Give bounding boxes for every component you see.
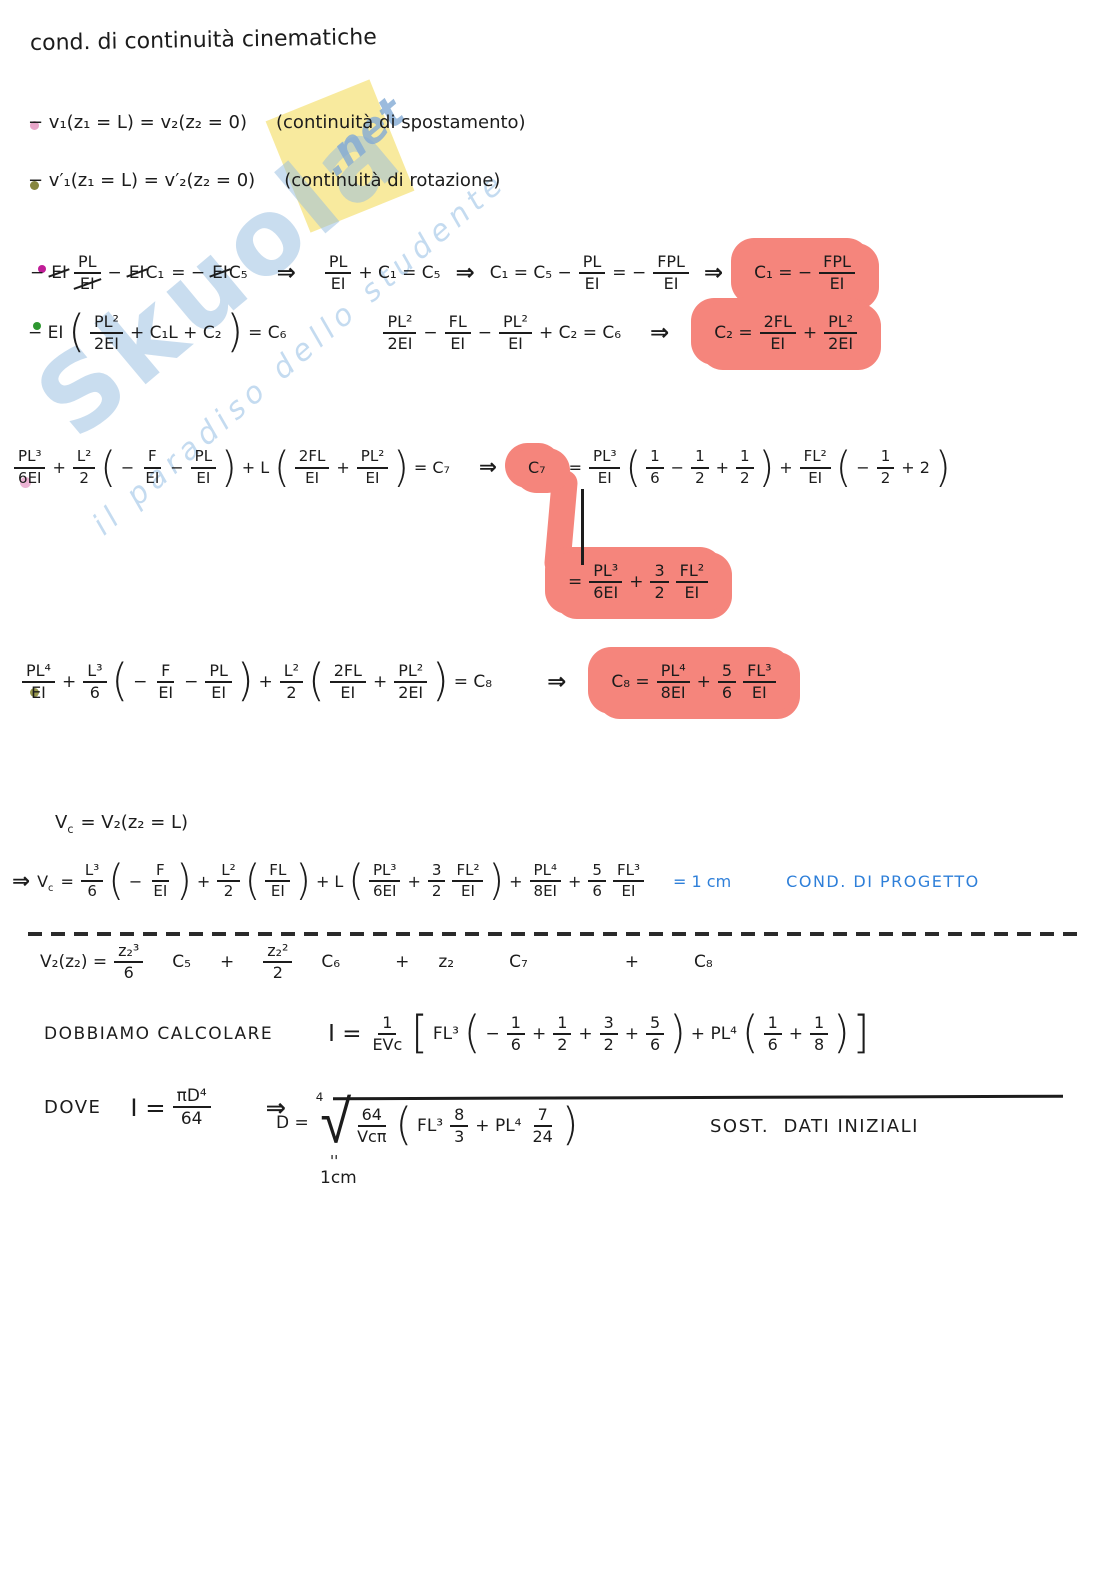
fraction: z₂²2 bbox=[263, 942, 292, 983]
fraction: 16 bbox=[507, 1014, 525, 1055]
math-text: − bbox=[129, 872, 142, 891]
fraction-denominator: 6EI bbox=[14, 469, 46, 487]
math-text: − bbox=[170, 458, 183, 477]
math-text: = V₂(z₂ = L) bbox=[80, 812, 188, 833]
fraction: PLEI bbox=[579, 253, 606, 294]
fraction: FEI bbox=[154, 662, 177, 703]
fraction-denominator: 6EI bbox=[369, 882, 401, 900]
fraction: πD⁴64 bbox=[173, 1086, 211, 1129]
math-text: (continuità di spostamento) bbox=[276, 112, 526, 133]
fraction-numerator: PL bbox=[205, 662, 232, 683]
fraction-numerator: 1 bbox=[378, 1014, 396, 1035]
equation-vc-definition: Vc= V₂(z₂ = L) bbox=[55, 812, 188, 833]
fraction: FPLEI bbox=[653, 253, 689, 294]
fraction-numerator: PL² bbox=[90, 313, 123, 334]
fraction-numerator: PL⁴ bbox=[657, 662, 690, 683]
math-text: (continuità di rotazione) bbox=[284, 170, 500, 191]
math-text: = bbox=[569, 458, 582, 477]
equation-continuity-displacement: − v₁(z₁ = L) = v₂(z₂ = 0)(continuità di … bbox=[28, 112, 526, 133]
fraction: PLEI bbox=[205, 662, 232, 703]
fraction-numerator: PL bbox=[579, 253, 606, 274]
math-text: C₈ bbox=[694, 952, 713, 972]
math-text: = C₇ bbox=[414, 458, 450, 477]
fraction-denominator: 2 bbox=[428, 882, 446, 900]
math-text: − v₁(z₁ = L) = v₂(z₂ = 0) bbox=[28, 112, 247, 133]
math-text: DOBBIAMO CALCOLARE bbox=[44, 1024, 273, 1044]
math-text: D = bbox=[276, 1113, 309, 1133]
math-text: C₇ bbox=[509, 952, 528, 972]
fraction: 2FLEI bbox=[330, 662, 366, 703]
fraction-denominator: 2EI bbox=[824, 334, 857, 353]
equation-c2: − EI(PL²2EI+ C₁L + C₂)= C₆PL²2EI−FLEI−PL… bbox=[28, 303, 873, 364]
fraction-numerator: L² bbox=[280, 662, 303, 683]
fraction-numerator: F bbox=[152, 862, 169, 882]
math-text: ⇒ bbox=[277, 260, 296, 286]
one-cm-label: 1cm bbox=[320, 1168, 357, 1188]
fraction-numerator: FL² bbox=[800, 448, 831, 468]
vertical-stroke bbox=[581, 489, 584, 565]
fraction-denominator: EI bbox=[141, 469, 163, 487]
math-text: + L bbox=[316, 872, 343, 891]
fraction: L³6 bbox=[81, 862, 103, 901]
fraction-numerator: F bbox=[157, 662, 174, 683]
token-group: 64Vcπ(FL³83+ PL⁴724) bbox=[353, 1100, 576, 1147]
fraction: 724 bbox=[528, 1106, 556, 1147]
fraction-denominator: EI bbox=[154, 683, 177, 702]
fraction: 56 bbox=[646, 1014, 664, 1055]
fraction: 32 bbox=[650, 562, 668, 603]
fraction-denominator: 6EI bbox=[589, 583, 622, 602]
fraction: PL²EI bbox=[357, 448, 388, 487]
fraction-denominator: 3 bbox=[450, 1127, 468, 1146]
fraction: PL⁴EI bbox=[22, 662, 55, 703]
fraction-denominator: EI bbox=[457, 882, 479, 900]
math-text: + bbox=[373, 672, 387, 692]
fraction-numerator: PL³ bbox=[589, 562, 622, 583]
fraction-denominator: 6 bbox=[646, 1035, 664, 1054]
math-text: EI bbox=[51, 263, 67, 283]
variable-base: V bbox=[37, 872, 48, 891]
fraction-denominator: 6 bbox=[588, 882, 606, 900]
math-text: + bbox=[532, 1024, 546, 1044]
math-text: + bbox=[197, 872, 210, 891]
note-sost-dati-iniziali: SOST. DATI INIZIALI bbox=[710, 1116, 919, 1137]
fraction-denominator: 2 bbox=[600, 1035, 618, 1054]
fraction-numerator: L³ bbox=[83, 662, 106, 683]
equation-c7: PL³6EI+L²2(−FEI−PLEI)+ L(2FLEI+PL²EI)= C… bbox=[14, 448, 949, 487]
fraction-numerator: FL bbox=[265, 862, 290, 882]
fraction-denominator: 2 bbox=[691, 469, 709, 487]
fraction: FEI bbox=[141, 448, 163, 487]
fraction-numerator: 2FL bbox=[330, 662, 366, 683]
fraction: L²2 bbox=[73, 448, 95, 487]
fraction-denominator: 6 bbox=[83, 882, 101, 900]
math-text: + bbox=[568, 872, 581, 891]
fraction-denominator: 6 bbox=[120, 963, 138, 982]
fraction-denominator: 2 bbox=[553, 1035, 571, 1054]
math-text: + bbox=[509, 872, 522, 891]
subscripted-variable: Vc bbox=[55, 812, 73, 833]
fraction-denominator: EI bbox=[446, 334, 469, 353]
variable-subscript: c bbox=[67, 823, 73, 836]
math-text: + bbox=[53, 458, 66, 477]
fraction-numerator: PL³ bbox=[369, 862, 400, 882]
fraction: L²2 bbox=[280, 662, 303, 703]
fraction-denominator: 64 bbox=[177, 1108, 207, 1128]
fraction-numerator: PL bbox=[74, 253, 101, 274]
fraction: PL²2EI bbox=[824, 313, 857, 354]
math-text: ⇒ bbox=[479, 455, 497, 480]
subscripted-variable: Vc bbox=[37, 872, 53, 891]
fraction-denominator: EI bbox=[660, 274, 683, 293]
fraction: 56 bbox=[718, 662, 736, 703]
fraction-numerator: 2FL bbox=[295, 448, 330, 468]
fraction-numerator: F bbox=[144, 448, 161, 468]
math-text: − bbox=[184, 672, 198, 692]
math-text: C₁ = C₅ − bbox=[490, 263, 572, 283]
fraction-numerator: 1 bbox=[810, 1014, 828, 1035]
fraction-numerator: 1 bbox=[646, 448, 664, 468]
math-text: + 2 bbox=[901, 458, 930, 477]
math-text: C₂ = bbox=[714, 323, 752, 343]
math-text: = C₆ bbox=[248, 323, 286, 343]
fraction: PL²2EI bbox=[383, 313, 416, 354]
fraction-numerator: PL² bbox=[383, 313, 416, 334]
fraction: 12 bbox=[553, 1014, 571, 1055]
fraction-denominator: EI bbox=[766, 334, 789, 353]
fraction-denominator: EI bbox=[581, 274, 604, 293]
math-text: + bbox=[803, 323, 817, 343]
math-text: + bbox=[625, 952, 639, 972]
math-text: − bbox=[478, 323, 492, 343]
math-text: ⇒ bbox=[547, 669, 566, 695]
fraction: 12 bbox=[691, 448, 709, 487]
fraction-denominator: EI bbox=[618, 882, 640, 900]
math-text: + bbox=[779, 458, 792, 477]
math-text: + PL⁴ bbox=[475, 1116, 521, 1136]
math-text: + bbox=[220, 952, 234, 972]
math-text: + bbox=[697, 672, 711, 692]
fraction-numerator: PL² bbox=[824, 313, 857, 334]
fraction-denominator: EI bbox=[680, 583, 703, 602]
fraction-denominator: EI bbox=[504, 334, 527, 353]
math-text: I = bbox=[328, 1021, 361, 1047]
fraction-numerator: 3 bbox=[650, 562, 668, 583]
math-text: − bbox=[30, 263, 44, 283]
fraction-numerator: PL² bbox=[357, 448, 388, 468]
math-text: + bbox=[716, 458, 729, 477]
fraction-denominator: 8EI bbox=[657, 683, 690, 702]
fraction-numerator: 1 bbox=[507, 1014, 525, 1035]
fraction: FL²EI bbox=[800, 448, 831, 487]
fraction-numerator: πD⁴ bbox=[173, 1086, 211, 1108]
fraction: 12 bbox=[877, 448, 895, 487]
math-text: + bbox=[259, 672, 273, 692]
fraction-denominator: EI bbox=[327, 274, 350, 293]
fraction-denominator: EI bbox=[301, 469, 323, 487]
fraction: 83 bbox=[450, 1106, 468, 1147]
math-text: − v′₁(z₁ = L) = v′₂(z₂ = 0) bbox=[28, 170, 255, 191]
math-text: ⇒ bbox=[12, 869, 30, 894]
fraction-denominator: 6 bbox=[86, 683, 104, 702]
fraction-numerator: L³ bbox=[81, 862, 103, 882]
math-text: = 1 cm bbox=[673, 872, 731, 891]
fraction-denominator: EI bbox=[594, 469, 616, 487]
fraction: FL²EI bbox=[452, 862, 483, 901]
math-text: z₂ bbox=[438, 952, 454, 972]
equation-dove-inertia: DOVEI =πD⁴64⇒ bbox=[44, 1086, 286, 1129]
fraction: 18 bbox=[810, 1014, 828, 1055]
math-text: − bbox=[423, 323, 437, 343]
math-text: ⇒ bbox=[704, 260, 723, 286]
fraction-denominator: EI bbox=[76, 274, 99, 293]
fraction: FLEI bbox=[445, 313, 471, 354]
fraction: FLEI bbox=[265, 862, 290, 901]
fraction-denominator: 6 bbox=[646, 469, 664, 487]
fraction-denominator: 2 bbox=[736, 469, 754, 487]
math-text: C₇ bbox=[528, 458, 546, 477]
math-text: EI bbox=[129, 263, 145, 283]
fraction: 12 bbox=[736, 448, 754, 487]
fraction-denominator: 2 bbox=[220, 882, 238, 900]
fraction: 16 bbox=[764, 1014, 782, 1055]
math-text: = − bbox=[612, 263, 646, 283]
fraction: PL²2EI bbox=[394, 662, 427, 703]
fraction: PLEI bbox=[191, 448, 216, 487]
math-text: + bbox=[789, 1024, 803, 1044]
math-text: − bbox=[856, 458, 869, 477]
math-text: FL³ bbox=[433, 1024, 459, 1044]
math-text: + bbox=[62, 672, 76, 692]
fraction-numerator: z₂² bbox=[263, 942, 292, 963]
fraction-numerator: FL³ bbox=[613, 862, 644, 882]
math-text: − bbox=[671, 458, 684, 477]
math-text: − bbox=[486, 1024, 500, 1044]
math-text: + bbox=[578, 1024, 592, 1044]
notebook-page: Skuola .net il paradiso dello studente c… bbox=[0, 0, 1116, 1579]
highlighted-result: =PL³6EI+32FL²EI bbox=[552, 552, 724, 613]
fraction: PL²EI bbox=[499, 313, 532, 354]
math-text: + PL⁴ bbox=[691, 1024, 737, 1044]
highlighted-result: C₁ = −FPLEI bbox=[738, 243, 871, 304]
math-text: = − bbox=[171, 263, 205, 283]
fraction-denominator: 2 bbox=[877, 469, 895, 487]
fraction-denominator: EI bbox=[804, 469, 826, 487]
fraction-numerator: L² bbox=[73, 448, 95, 468]
fraction-denominator: 2 bbox=[75, 469, 93, 487]
variable-subscript: c bbox=[48, 883, 53, 894]
math-text: EI bbox=[212, 263, 228, 283]
fraction: PL⁴8EI bbox=[530, 862, 562, 901]
fraction-numerator: PL² bbox=[499, 313, 532, 334]
highlighted-result: C₈ =PL⁴8EI+56FL³EI bbox=[595, 652, 791, 713]
fraction-numerator: PL⁴ bbox=[22, 662, 55, 683]
fraction: FL³EI bbox=[743, 662, 775, 703]
fraction: PL²2EI bbox=[90, 313, 123, 354]
fraction: z₂³6 bbox=[114, 942, 143, 983]
fraction: 56 bbox=[588, 862, 606, 901]
fraction-numerator: 5 bbox=[588, 862, 606, 882]
math-text: C₆ bbox=[321, 952, 340, 972]
math-text: + bbox=[395, 952, 409, 972]
fraction: PL³EI bbox=[589, 448, 620, 487]
fraction-numerator: 1 bbox=[691, 448, 709, 468]
fraction-numerator: FL² bbox=[676, 562, 708, 583]
fraction-denominator: EI bbox=[267, 882, 289, 900]
math-text: + bbox=[629, 572, 643, 592]
fraction-numerator: PL³ bbox=[589, 448, 620, 468]
math-text: = C₈ bbox=[454, 672, 492, 692]
fraction-numerator: PL bbox=[325, 253, 352, 274]
fraction-numerator: z₂³ bbox=[114, 942, 143, 963]
math-text: C₅ bbox=[172, 952, 191, 972]
fraction-numerator: 1 bbox=[877, 448, 895, 468]
math-text: FL³ bbox=[417, 1116, 443, 1136]
variable-base: V bbox=[55, 812, 67, 833]
fraction-denominator: EI bbox=[748, 683, 771, 702]
fraction-denominator: 6 bbox=[718, 683, 736, 702]
fraction-numerator: 3 bbox=[600, 1014, 618, 1035]
equation-v2-general: V₂(z₂) =z₂³6C₅+z₂²2C₆+z₂C₇+C₈ bbox=[40, 942, 713, 983]
math-text: + C₁ = C₅ bbox=[358, 263, 440, 283]
math-text: + bbox=[625, 1024, 639, 1044]
fraction: FPLEI bbox=[819, 253, 855, 294]
fraction: PLEI bbox=[325, 253, 352, 294]
fraction-denominator: EI bbox=[27, 683, 50, 702]
fraction-numerator: 1 bbox=[553, 1014, 571, 1035]
math-text: C₁ bbox=[146, 263, 165, 283]
fraction-denominator: 2EI bbox=[90, 334, 123, 353]
fraction: 32 bbox=[600, 1014, 618, 1055]
math-text: − EI bbox=[28, 323, 63, 343]
fraction: 16 bbox=[646, 448, 664, 487]
fraction-denominator: 8 bbox=[810, 1035, 828, 1054]
math-text: + L bbox=[242, 458, 269, 477]
fraction-denominator: 2 bbox=[269, 963, 287, 982]
fraction: L³6 bbox=[83, 662, 106, 703]
fraction: FEI bbox=[149, 862, 171, 901]
equation-vc-expanded: ⇒Vc=L³6(−FEI)+L²2(FLEI)+ L(PL³6EI+32FL²E… bbox=[12, 862, 980, 901]
fraction-numerator: PL³ bbox=[14, 448, 45, 468]
fraction: L²2 bbox=[217, 862, 239, 901]
fraction-denominator: EI bbox=[207, 683, 230, 702]
fraction-numerator: 5 bbox=[646, 1014, 664, 1035]
math-text: C₅ bbox=[229, 263, 248, 283]
fraction-numerator: FPL bbox=[819, 253, 855, 274]
fraction-denominator: 24 bbox=[528, 1127, 556, 1146]
fraction-numerator: L² bbox=[217, 862, 239, 882]
fraction: FL²EI bbox=[676, 562, 708, 603]
fraction: PL³6EI bbox=[369, 862, 401, 901]
fraction-numerator: FPL bbox=[653, 253, 689, 274]
fraction-denominator: 2EI bbox=[383, 334, 416, 353]
fraction-denominator: EI bbox=[149, 882, 171, 900]
fraction: 2FLEI bbox=[760, 313, 796, 354]
equation-c1: −EIPLEI−EIC₁= −EIC₅⇒PLEI+ C₁ = C₅⇒C₁ = C… bbox=[30, 243, 871, 304]
math-text: + C₁L + C₂ bbox=[130, 323, 222, 343]
fraction-numerator: 8 bbox=[450, 1106, 468, 1127]
fraction: FL³EI bbox=[613, 862, 644, 901]
fraction-numerator: 64 bbox=[358, 1106, 386, 1127]
math-text: + bbox=[407, 872, 420, 891]
math-text: V₂(z₂) = bbox=[40, 952, 107, 972]
math-text: COND. DI PROGETTO bbox=[786, 872, 980, 891]
fraction: 32 bbox=[428, 862, 446, 901]
fraction-numerator: FL² bbox=[452, 862, 483, 882]
math-text: I = bbox=[130, 1093, 165, 1122]
fraction: PL⁴8EI bbox=[657, 662, 690, 703]
math-text: DOVE bbox=[44, 1097, 101, 1118]
dashed-separator bbox=[28, 932, 1080, 936]
math-text: ⇒ bbox=[455, 260, 474, 286]
page-title: cond. di continuità cinematiche bbox=[30, 25, 377, 56]
math-text: = bbox=[61, 872, 74, 891]
math-text: − bbox=[121, 458, 134, 477]
math-text: = bbox=[568, 572, 582, 592]
fraction-denominator: EVc bbox=[368, 1035, 406, 1054]
fraction-denominator: EI bbox=[192, 469, 214, 487]
equation-inertia: DOBBIAMO CALCOLAREI =1EVc[FL³(−16+12+32+… bbox=[44, 1014, 867, 1055]
fraction-numerator: PL⁴ bbox=[530, 862, 561, 882]
fraction-denominator: 2 bbox=[650, 583, 668, 602]
math-text: C₈ = bbox=[611, 672, 649, 692]
fraction: PL³6EI bbox=[14, 448, 46, 487]
fraction-denominator: 6 bbox=[507, 1035, 525, 1054]
fraction-denominator: 6 bbox=[764, 1035, 782, 1054]
math-text: − bbox=[108, 263, 122, 283]
equation-diameter: D =4√64Vcπ(FL³83+ PL⁴724) bbox=[276, 1100, 576, 1147]
fraction-numerator: 5 bbox=[718, 662, 736, 683]
fraction-denominator: EI bbox=[362, 469, 384, 487]
fraction-numerator: 2FL bbox=[760, 313, 796, 334]
fraction-denominator: EI bbox=[336, 683, 359, 702]
fraction-denominator: 8EI bbox=[530, 882, 562, 900]
math-text: + bbox=[336, 458, 349, 477]
fraction-numerator: 3 bbox=[428, 862, 446, 882]
fraction: PLEI bbox=[74, 253, 101, 294]
fraction-numerator: PL bbox=[191, 448, 216, 468]
fraction-numerator: PL² bbox=[394, 662, 427, 683]
equation-continuity-rotation: − v′₁(z₁ = L) = v′₂(z₂ = 0)(continuità d… bbox=[28, 170, 500, 191]
math-text: − bbox=[133, 672, 147, 692]
fraction-denominator: 2 bbox=[282, 683, 300, 702]
highlighted-result: C₂ =2FLEI+PL²2EI bbox=[698, 303, 873, 364]
fraction-numerator: 1 bbox=[736, 448, 754, 468]
fraction-denominator: Vcπ bbox=[353, 1127, 390, 1146]
equation-c7-result: =PL³6EI+32FL²EI bbox=[552, 552, 724, 613]
math-text: C₁ = − bbox=[754, 263, 812, 283]
math-text: ⇒ bbox=[650, 320, 669, 346]
fraction-numerator: FL³ bbox=[743, 662, 775, 683]
math-text: 1cm bbox=[320, 1168, 357, 1188]
equation-c8: PL⁴EI+L³6(−FEI−PLEI)+L²2(2FLEI+PL²2EI)= … bbox=[22, 652, 792, 713]
fraction-numerator: 1 bbox=[764, 1014, 782, 1035]
fraction-denominator: 2EI bbox=[394, 683, 427, 702]
fraction: PL³6EI bbox=[589, 562, 622, 603]
fraction: 64Vcπ bbox=[353, 1106, 390, 1147]
fraction-numerator: FL bbox=[445, 313, 471, 334]
math-text: + C₂ = C₆ bbox=[539, 323, 621, 343]
fraction-denominator: EI bbox=[826, 274, 849, 293]
math-text: SOST. DATI INIZIALI bbox=[710, 1116, 919, 1137]
fraction: 1EVc bbox=[368, 1014, 406, 1055]
fraction-numerator: 7 bbox=[534, 1106, 552, 1127]
fraction: 2FLEI bbox=[295, 448, 330, 487]
highlighted-result: C₇ bbox=[512, 448, 562, 487]
